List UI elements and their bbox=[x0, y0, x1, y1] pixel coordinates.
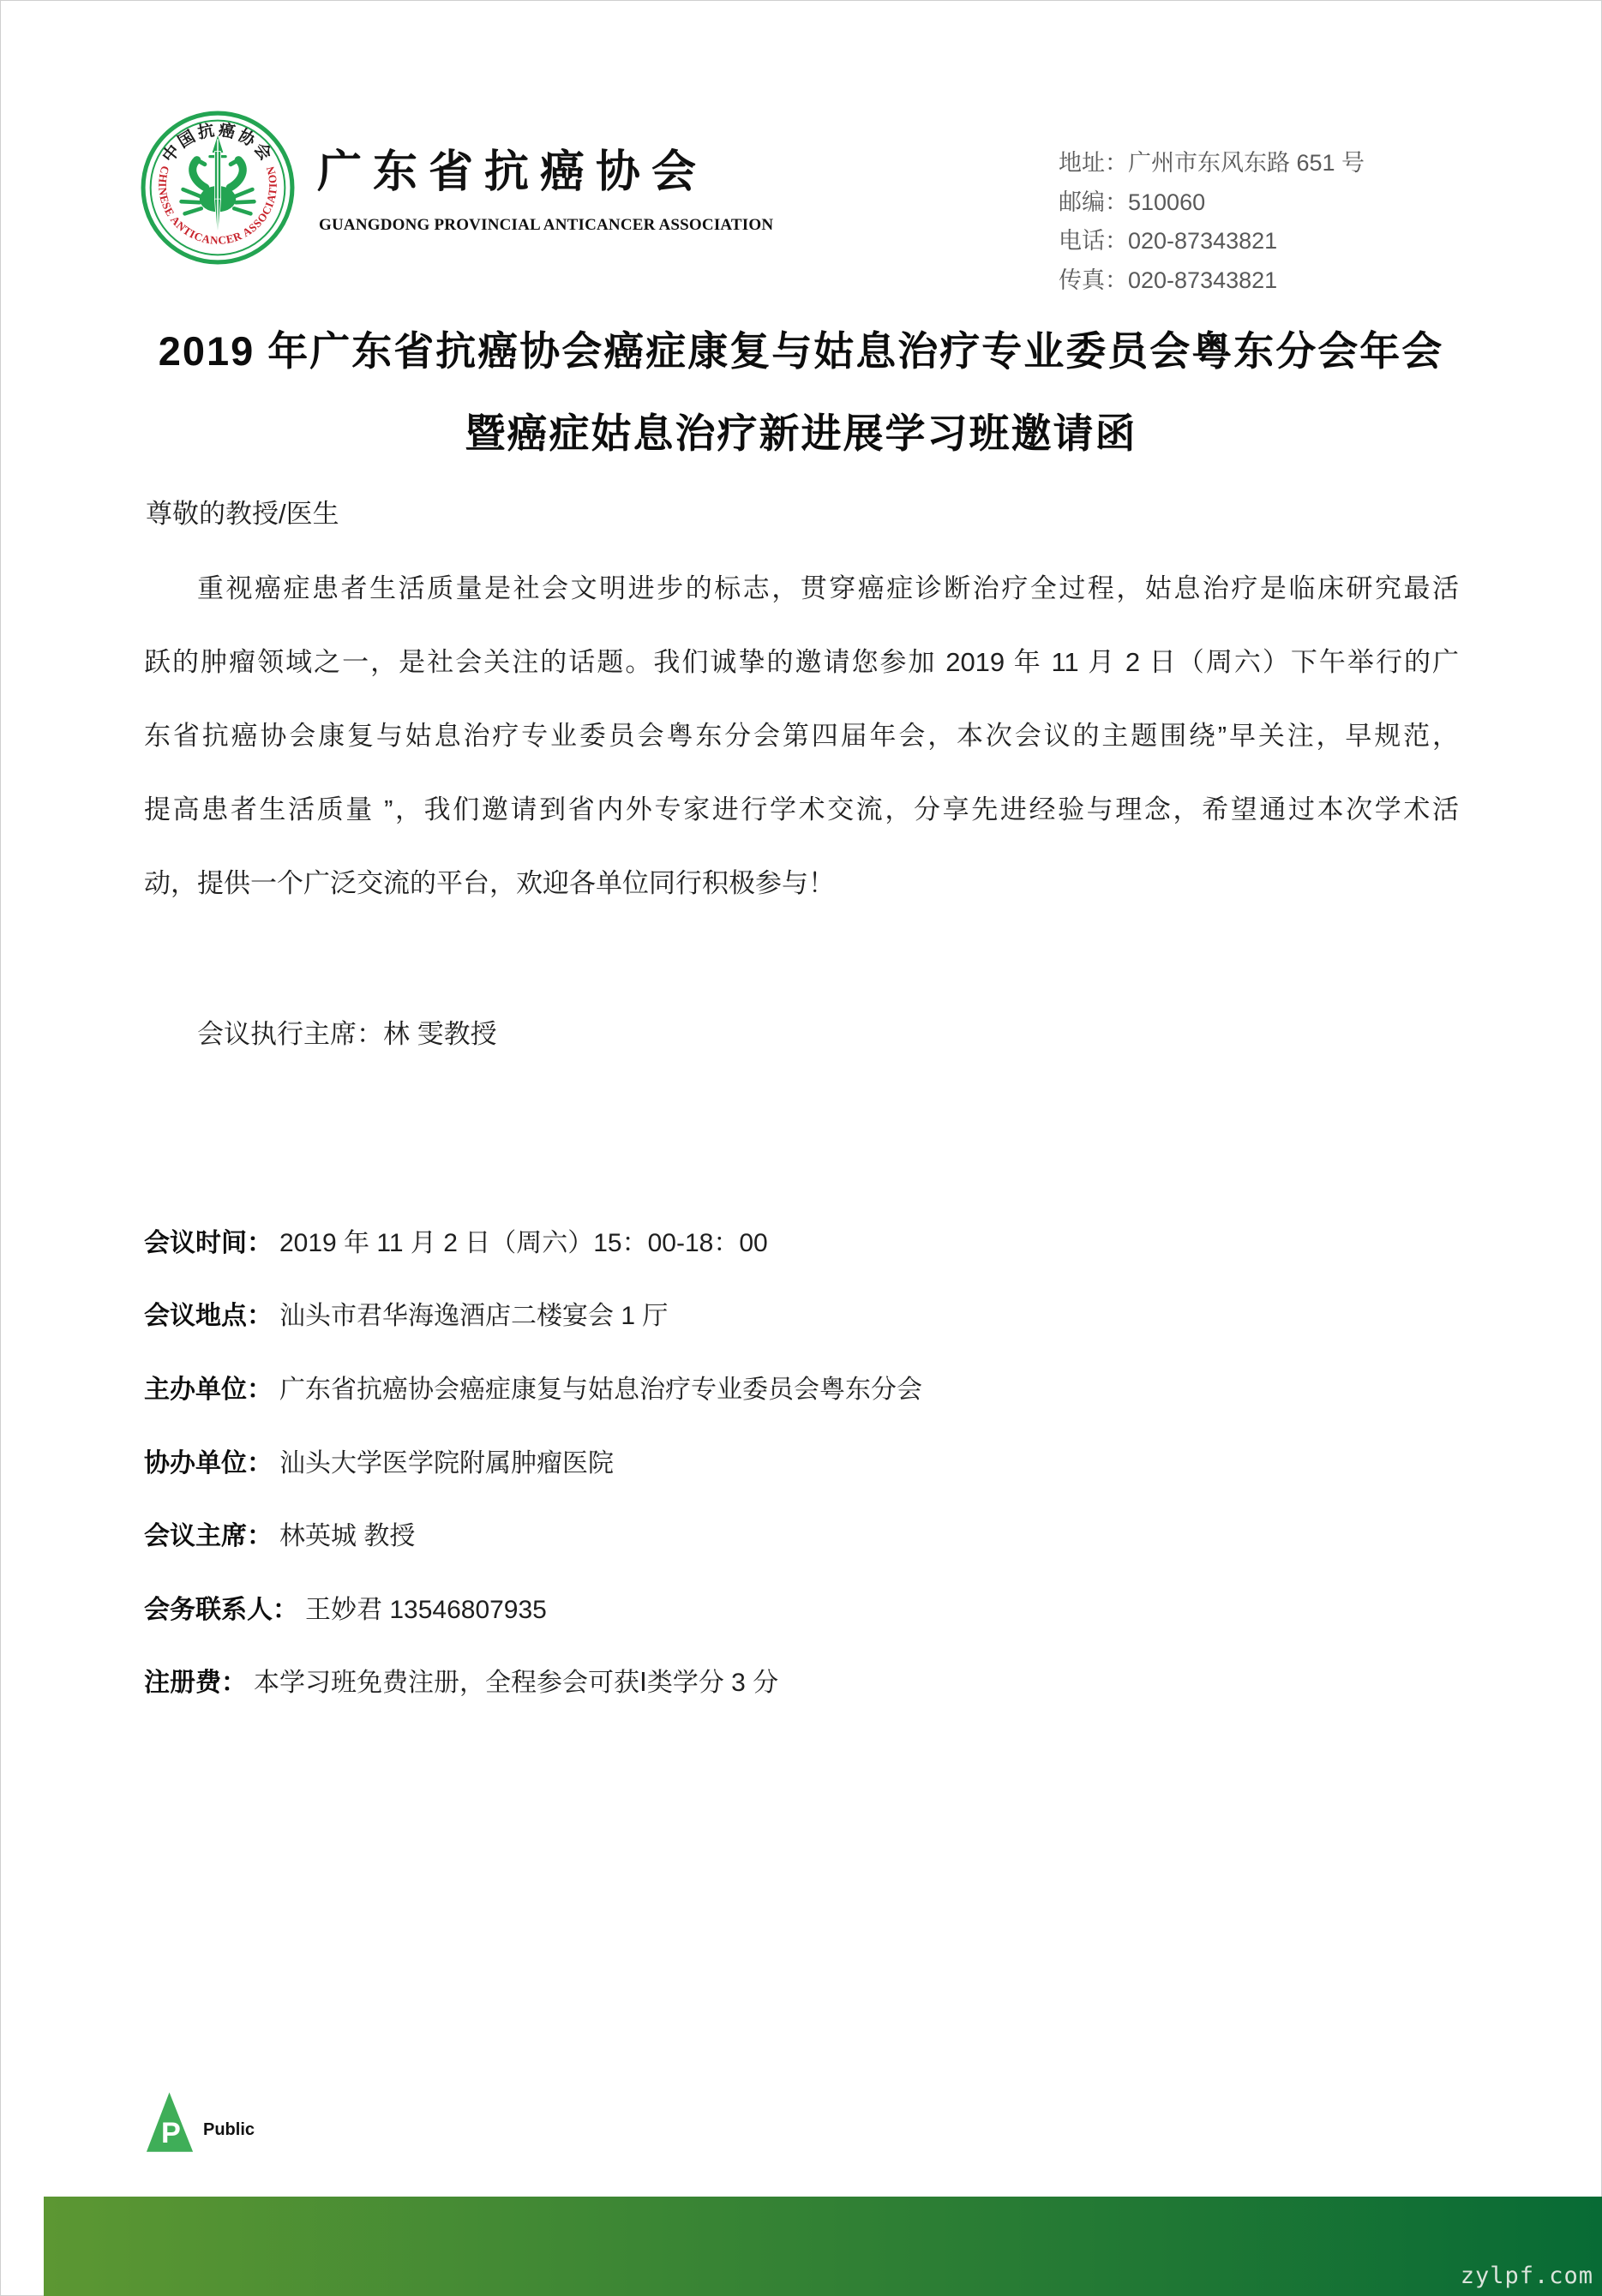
detail-row-contact-person: 会务联系人： 王妙君 13546807935 bbox=[144, 1570, 922, 1644]
meeting-details: 会议时间： 2019 年 11 月 2 日（周六）15：00-18：00 会议地… bbox=[144, 1203, 922, 1717]
contact-block: 地址：广州市东风东路 651 号 邮编：510060 电话：020-873438… bbox=[1059, 144, 1365, 300]
detail-value: 汕头大学医学院附属肿瘤医院 bbox=[279, 1442, 614, 1479]
detail-value: 汕头市君华海逸酒店二楼宴会 1 厅 bbox=[279, 1294, 668, 1332]
detail-row-coorganizer: 协办单位： 汕头大学医学院附属肿瘤医院 bbox=[144, 1424, 922, 1497]
public-badge-icon: P bbox=[146, 2091, 195, 2154]
contact-postcode: 邮编：510060 bbox=[1059, 183, 1365, 223]
detail-row-venue: 会议地点： 汕头市君华海逸酒店二楼宴会 1 厅 bbox=[144, 1277, 922, 1351]
detail-row-chair: 会议主席： 林英城 教授 bbox=[144, 1496, 922, 1570]
watermark: zylpf.com bbox=[1461, 2263, 1593, 2289]
detail-label: 会议地点： bbox=[144, 1294, 273, 1332]
public-classification-badge: P Public bbox=[146, 2091, 255, 2154]
detail-label: 会议时间： bbox=[144, 1221, 273, 1259]
paragraph-line: 动，提供一个广泛交流的平台，欢迎各单位同行积极参与！ bbox=[144, 847, 1459, 920]
detail-label: 注册费： bbox=[144, 1661, 247, 1699]
invitation-letter-page: 中国抗癌协会 CHINESE ANTICANCER ASSOCIATION 广东… bbox=[0, 0, 1602, 2296]
detail-row-time: 会议时间： 2019 年 11 月 2 日（周六）15：00-18：00 bbox=[144, 1203, 922, 1277]
detail-label: 会议主席： bbox=[144, 1514, 273, 1552]
body-paragraph: 重视癌症患者生活质量是社会文明进步的标志，贯穿癌症诊断治疗全过程，姑息治疗是临床… bbox=[144, 552, 1459, 920]
detail-label: 会务联系人： bbox=[144, 1588, 298, 1626]
salutation: 尊敬的教授/医生 bbox=[146, 477, 339, 551]
association-seal-icon: 中国抗癌协会 CHINESE ANTICANCER ASSOCIATION bbox=[140, 110, 296, 266]
org-name-en: GUANGDONG PROVINCIAL ANTICANCER ASSOCIAT… bbox=[319, 213, 773, 238]
paragraph-line: 东省抗癌协会康复与姑息治疗专业委员会粤东分会第四届年会，本次会议的主题围绕”早关… bbox=[144, 699, 1459, 773]
paragraph-line: 提高患者生活质量 ”，我们邀请到省内外专家进行学术交流，分享先进经验与理念，希望… bbox=[144, 773, 1459, 847]
executive-chair-line: 会议执行主席：林 雯教授 bbox=[197, 998, 497, 1071]
contact-phone: 电话：020-87343821 bbox=[1059, 222, 1365, 261]
detail-value: 王妙君 13546807935 bbox=[305, 1588, 547, 1626]
org-name-zh: 广东省抗癌协会 bbox=[317, 144, 707, 201]
contact-address: 地址：广州市东风东路 651 号 bbox=[1059, 144, 1365, 183]
paragraph-line: 跃的肿瘤领域之一，是社会关注的话题。我们诚挚的邀请您参加 2019 年 11 月… bbox=[144, 626, 1459, 699]
detail-value: 本学习班免费注册，全程参会可获Ⅰ类学分 3 分 bbox=[254, 1661, 778, 1699]
contact-fax: 传真：020-87343821 bbox=[1059, 261, 1365, 301]
badge-letter: P bbox=[161, 2117, 181, 2149]
detail-value: 广东省抗癌协会癌症康复与姑息治疗专业委员会粤东分会 bbox=[279, 1368, 922, 1406]
detail-label: 主办单位： bbox=[144, 1368, 273, 1406]
detail-value: 林英城 教授 bbox=[279, 1514, 415, 1552]
public-badge-label: Public bbox=[203, 2120, 255, 2140]
detail-row-host: 主办单位： 广东省抗癌协会癌症康复与姑息治疗专业委员会粤东分会 bbox=[144, 1350, 922, 1424]
title-line-1: 2019 年广东省抗癌协会癌症康复与姑息治疗专业委员会粤东分会年会 bbox=[51, 310, 1551, 393]
document-title: 2019 年广东省抗癌协会癌症康复与姑息治疗专业委员会粤东分会年会 暨癌症姑息治… bbox=[51, 310, 1551, 475]
title-line-2: 暨癌症姑息治疗新进展学习班邀请函 bbox=[51, 393, 1551, 475]
footer-green-bar: zylpf.com bbox=[44, 2197, 1602, 2296]
detail-value: 2019 年 11 月 2 日（周六）15：00-18：00 bbox=[279, 1221, 768, 1259]
detail-label: 协办单位： bbox=[144, 1442, 273, 1479]
paragraph-line: 重视癌症患者生活质量是社会文明进步的标志，贯穿癌症诊断治疗全过程，姑息治疗是临床… bbox=[144, 552, 1459, 626]
detail-row-registration-fee: 注册费： 本学习班免费注册，全程参会可获Ⅰ类学分 3 分 bbox=[144, 1644, 922, 1718]
